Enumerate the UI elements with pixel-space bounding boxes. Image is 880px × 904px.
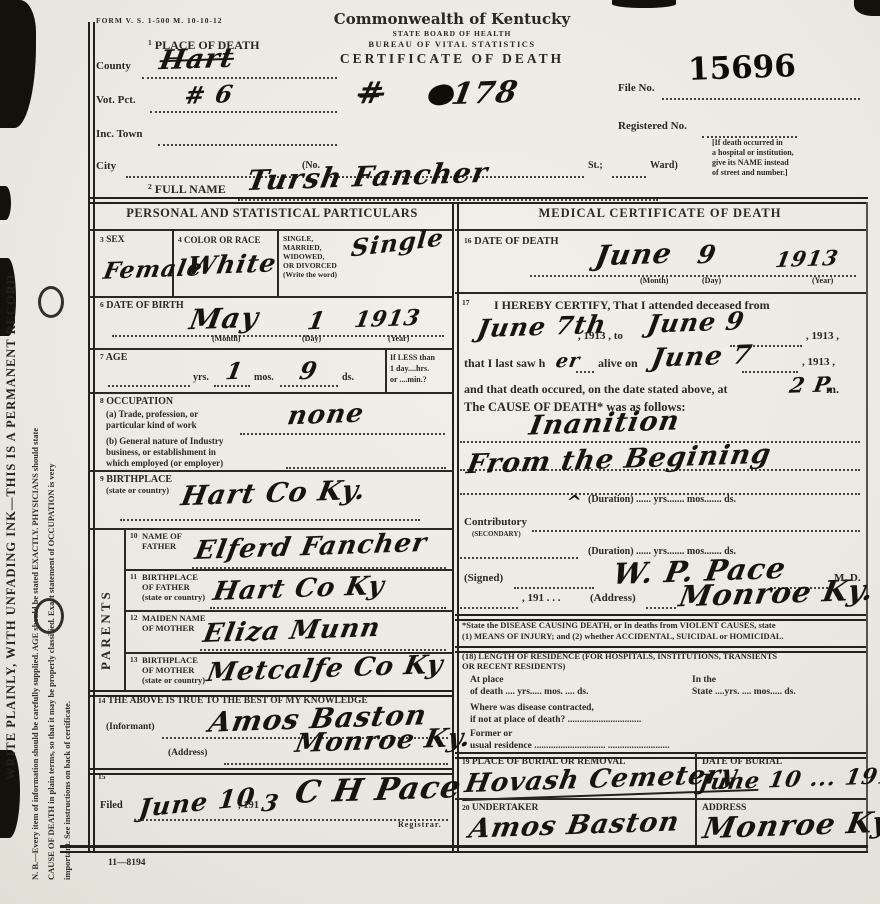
row-rule: [88, 348, 454, 350]
filed-number: 15: [98, 772, 106, 781]
form-number: FORM V. S. 1-500 M. 10-10-12: [96, 16, 222, 25]
mother-bp-value: Metcalfe Co Ky: [205, 650, 446, 688]
age-ds-value: 9: [297, 356, 320, 386]
father-bp-number: 11: [130, 572, 137, 581]
certify-number: 17: [462, 298, 470, 307]
signed-label: (Signed): [464, 572, 503, 584]
written-cert-number: # 178: [358, 76, 518, 111]
parents-strip-divider: [124, 528, 126, 690]
last-saw-join: , 1913 ,: [802, 356, 835, 368]
city-label: City: [96, 160, 116, 172]
birthplace-value: Hart Co Ky.: [179, 475, 369, 512]
row-rule: [124, 569, 454, 571]
registrar-signature: C H Pace: [292, 769, 464, 811]
dod-line: [530, 272, 856, 277]
registered-no-label: Registered No.: [618, 120, 687, 132]
city-ward-label: Ward): [650, 160, 678, 171]
last-saw-date: June 7: [649, 340, 755, 373]
scan-artifact: [0, 0, 36, 128]
mother-bp-text: BIRTHPLACE OF MOTHER (state or country): [142, 655, 205, 685]
age-yrs-label: yrs.: [193, 372, 209, 383]
row-rule: [124, 610, 454, 612]
county-label: County: [96, 60, 131, 72]
age-less-note: If LESS than 1 day....hrs. or ....min.?: [390, 352, 435, 385]
row-rule: [455, 292, 866, 294]
right-column-title: MEDICAL CERTIFICATE OF DEATH: [460, 206, 860, 221]
residence-former: Former or usual residence ..............…: [470, 728, 670, 752]
vot-pct-value: # 6: [182, 79, 236, 110]
attended-to-value: June 9: [645, 306, 747, 338]
attended-from-join: , 1913 , to: [578, 330, 623, 342]
mother-name-number: 12: [130, 613, 138, 622]
caret-mark: ^: [564, 492, 584, 514]
form-code: 11—8194: [108, 858, 145, 868]
row-rule: [88, 470, 454, 472]
birthplace-sub-label: (state or country): [106, 485, 169, 495]
dob-month-value: May: [187, 301, 262, 336]
father-name-text: NAME OF FATHER: [142, 531, 182, 551]
residence-in-state: In the State ....yrs. .... mos..... ds.: [692, 674, 796, 698]
dod-day-value: 9: [695, 240, 719, 270]
left-column-title: PERSONAL AND STATISTICAL PARTICULARS: [96, 206, 448, 221]
inc-town-label: Inc. Town: [96, 128, 142, 140]
dob-day-caption: (Day): [302, 334, 321, 343]
year-line: [460, 604, 518, 609]
written-number-prefix: #: [355, 76, 388, 112]
occupation-a-value: none: [285, 399, 367, 432]
sex-label: 3 SEX: [100, 235, 125, 245]
mother-bp-number: 13: [130, 655, 138, 664]
vot-pct-label: Vot. Pct.: [96, 94, 136, 106]
scan-artifact: [612, 0, 676, 8]
parents-label: PARENTS: [98, 550, 114, 670]
residence-contracted: Where was disease contracted, if not at …: [470, 702, 641, 726]
informant-address-line: [224, 760, 448, 765]
age-mos-label: mos.: [254, 372, 274, 383]
dod-month-value: June: [593, 237, 675, 273]
dod-year-caption: (Year): [812, 276, 833, 285]
inc-town-line: [158, 141, 337, 146]
race-label: 4 COLOR OR RACE: [178, 235, 261, 245]
cause-value2: From the Begining: [464, 439, 774, 481]
row-rule: [88, 392, 454, 394]
death-certificate-scan: WRITE PLAINLY, WITH UNFADING INK—THIS IS…: [0, 0, 880, 904]
father-bp-value: Hart Co Ky: [211, 571, 387, 607]
scan-artifact: [854, 0, 880, 16]
dod-day-caption: (Day): [702, 276, 721, 285]
contributory-line: [532, 527, 860, 532]
age-less-divider: [385, 348, 387, 392]
cause-duration-line: (Duration) ...... yrs....... mos....... …: [588, 494, 736, 505]
last-saw-mid: alive on: [598, 356, 638, 371]
file-no-line: [662, 95, 860, 100]
undertaker-value: Amos Baston: [467, 806, 683, 844]
full-name-line: [238, 196, 658, 201]
right-border: [866, 202, 868, 852]
occupation-b-label: (b) General nature of Industry business,…: [106, 436, 223, 469]
hospital-note: [If death occurred in a hospital or inst…: [712, 138, 794, 178]
father-bp-text: BIRTHPLACE OF FATHER (state or country): [142, 572, 205, 602]
city-st-line: [612, 173, 646, 178]
address-label: (Address): [590, 592, 636, 604]
dob-label: 6 DATE OF BIRTH: [100, 300, 184, 311]
filed-label: Filed: [100, 800, 123, 811]
birthplace-label: 9 BIRTHPLACE: [100, 474, 172, 485]
father-name-number: 10: [130, 531, 138, 540]
row-rule: [88, 296, 454, 298]
burial-rule: [455, 798, 866, 800]
full-name-label: 2 FULL NAME: [148, 182, 226, 197]
secondary-label: (SECONDARY): [472, 530, 521, 538]
bottom-rule: [60, 845, 868, 853]
dod-label: 16 DATE OF DEATH: [464, 236, 559, 247]
age-label: 7 AGE: [100, 352, 127, 363]
signed-line1: [514, 584, 594, 589]
occupation-label: 8 OCCUPATION: [100, 396, 173, 407]
father-name-value: Elferd Fancher: [193, 528, 430, 566]
left-border: [88, 22, 95, 852]
county-value: Hart: [157, 43, 237, 77]
kentucky-header: Commonwealth of Kentucky STATE BOARD OF …: [322, 10, 582, 67]
mother-name-text: MAIDEN NAME OF MOTHER: [142, 613, 206, 633]
margin-note-line3: important. See instructions on back of c…: [62, 560, 72, 880]
last-saw-line2: [742, 368, 798, 373]
file-no-stamp: 15696: [687, 48, 796, 88]
mother-name-value: Eliza Munn: [201, 613, 383, 649]
year-blank: , 191 . . .: [522, 592, 561, 604]
dob-month-caption: (Month): [212, 334, 240, 343]
city-st-label: St.;: [588, 160, 603, 171]
bureau-subtitle: BUREAU OF VITAL STATISTICS: [322, 39, 582, 49]
address-line: [646, 604, 676, 609]
informant-address-value: Monroe Ky.: [293, 723, 474, 759]
registrar-label: Registrar.: [398, 820, 442, 829]
commonwealth-title: Commonwealth of Kentucky: [322, 10, 582, 28]
burial-date-label: DATE OF BURIAL: [702, 757, 782, 767]
birthplace-line: [120, 516, 420, 521]
margin-note-line1: N. B.—Every item of information should b…: [30, 190, 40, 880]
dob-day-value: 1: [305, 306, 328, 336]
dob-year-value: 1913: [352, 305, 422, 333]
contributory-label: Contributory: [464, 516, 527, 528]
occupation-a-line: [240, 430, 445, 435]
last-saw-line1: [576, 368, 594, 373]
cause-footnote: *State the DISEASE CAUSING DEATH, or In …: [462, 620, 784, 642]
informant-address-label: (Address): [168, 748, 207, 758]
certificate-title: CERTIFICATE OF DEATH: [322, 51, 582, 67]
death-time-suffix: m.: [826, 382, 839, 397]
attended-to-join: , 1913 ,: [806, 330, 839, 342]
father-bp-line: [210, 604, 446, 609]
filed-year-hw: 3: [260, 790, 282, 818]
filed-year-print: , 191: [238, 800, 259, 811]
written-number-value: 178: [449, 75, 521, 112]
state-board-subtitle: STATE BOARD OF HEALTH: [322, 29, 582, 38]
dob-year-caption: (Year): [388, 334, 409, 343]
margin-warning-text: WRITE PLAINLY, WITH UNFADING INK—THIS IS…: [4, 120, 19, 780]
undertaker-address-value: Monroe Ky: [700, 805, 880, 845]
informant-label: (Informant): [106, 722, 155, 732]
place-of-death-number: 1: [148, 38, 152, 47]
age-line1: [108, 382, 190, 387]
contributory-line2: [460, 554, 578, 559]
address-value: Monroe Ky.: [676, 573, 877, 614]
full-name-number: 2: [148, 182, 152, 191]
occupation-b-line: [286, 464, 446, 469]
age-ds-label: ds.: [342, 372, 354, 383]
race-marital-divider: [277, 230, 279, 296]
dod-year-value: 1913: [774, 245, 841, 272]
vot-pct-line: [150, 108, 337, 113]
residence-heading: (18) LENGTH OF RESIDENCE (FOR HOSPITALS,…: [462, 651, 777, 671]
occupation-a-label: (a) Trade, profession, or particular kin…: [106, 409, 198, 431]
death-occurred-text: and that death occured, on the date stat…: [464, 382, 727, 397]
dod-month-caption: (Month): [640, 276, 668, 285]
right-title-rule: [455, 229, 866, 231]
residence-at-place: At place of death .... yrs..... mos. ...…: [470, 674, 589, 698]
marital-label: SINGLE, MARRIED, WIDOWED, OR DIVORCED (W…: [283, 234, 337, 279]
race-value: White: [185, 248, 279, 280]
full-name-value: Tursh Fancher: [244, 156, 491, 197]
last-saw-pre: that I last saw h: [464, 356, 545, 371]
file-no-label: File No.: [618, 82, 655, 94]
margin-note-line2: CAUSE OF DEATH in plain terms, so that i…: [46, 210, 56, 880]
cause-value: Inanition: [527, 405, 683, 441]
